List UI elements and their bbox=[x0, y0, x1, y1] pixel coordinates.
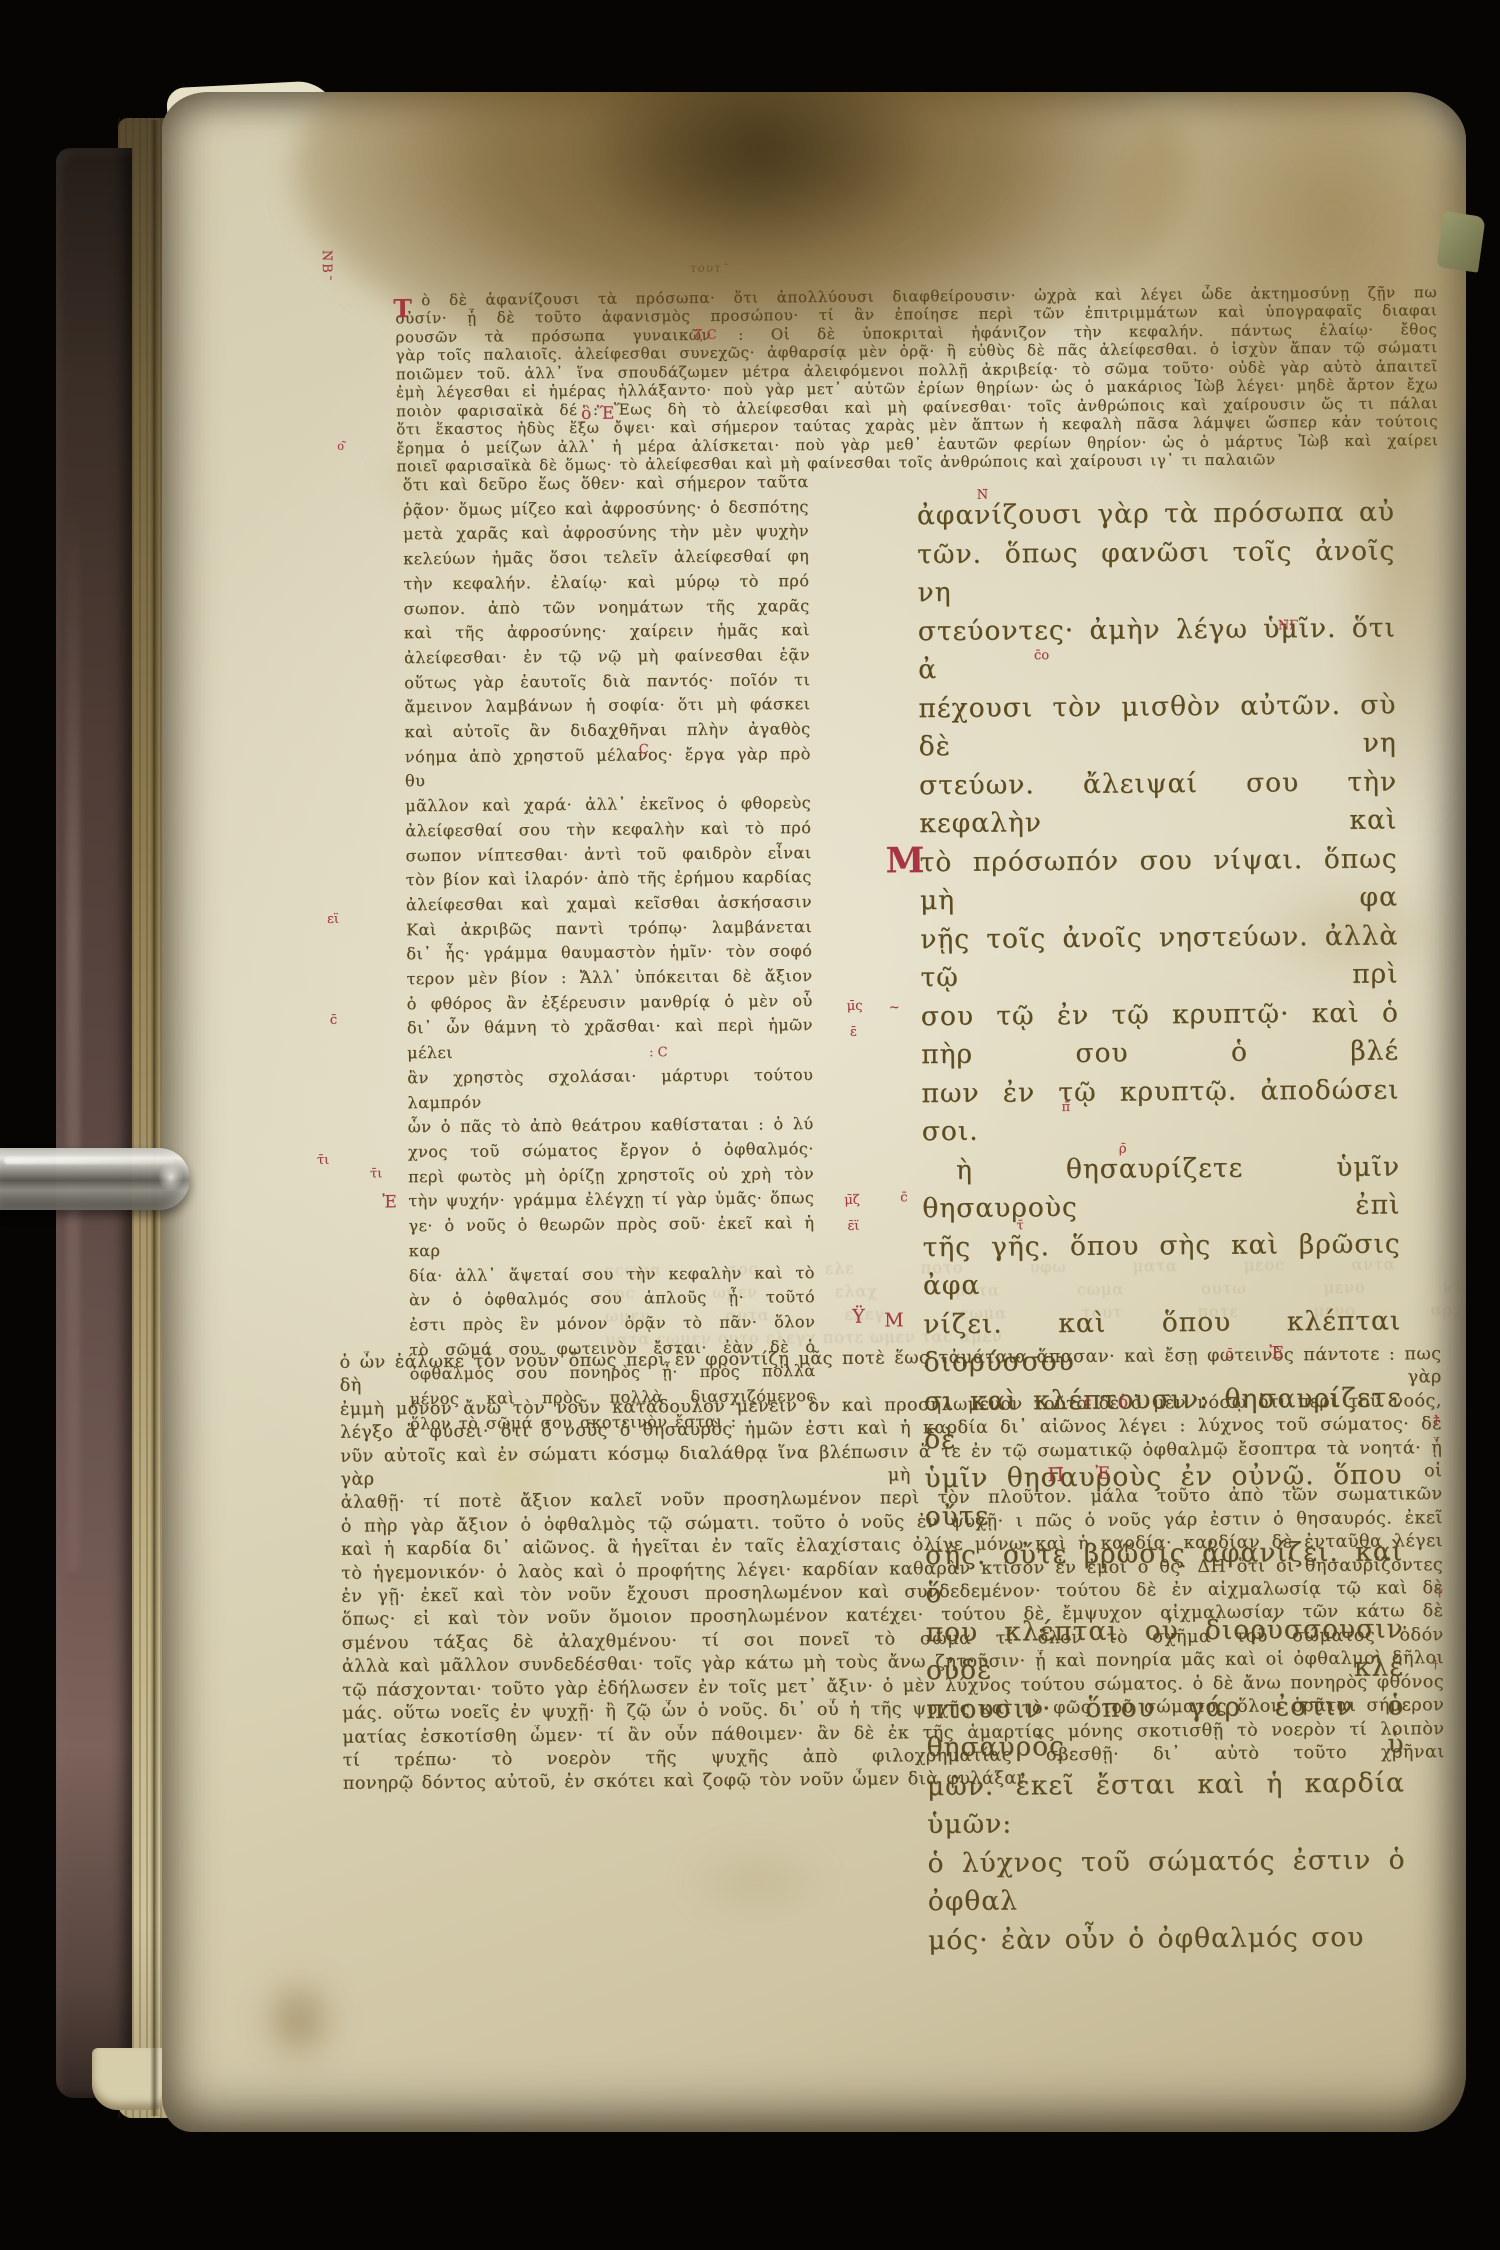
rubric-mark: c̄ bbox=[330, 1013, 337, 1028]
text-line: ὧν ὁ πᾶς τὸ ἀπὸ θεάτρου καθίσταται : ὁ λ… bbox=[408, 1112, 814, 1140]
text-line: ἀλείφεσθαί σου τὴν κεφαλὴν καὶ τὸ πρό bbox=[405, 816, 811, 844]
text-line: τὴν ψυχήν· γράμμα ἐλέγχῃ τί γὰρ ὑμᾶς· ὅπ… bbox=[408, 1186, 814, 1214]
text-line: τὴν κεφαλήν. ἐλαίῳ· καὶ μύρῳ τὸ πρό bbox=[403, 569, 809, 597]
rod-tip-glint bbox=[158, 1162, 184, 1192]
text-line: ὴ θησαυρίζετε ὑμῖν θησαυροὺς ἐπὶ bbox=[922, 1148, 1401, 1229]
text-line: δι᾽ ὧν θάμνη τὸ χρᾶσθαι· καὶ περὶ ἡμῶν μ… bbox=[407, 1013, 813, 1066]
text-line: τῶν. ὅπως φανῶσι τοῖς ἀνοῖς νη bbox=[917, 532, 1396, 613]
text-line: σωπον. ἀπὸ τῶν νοημάτων τῆς χαρᾶς bbox=[404, 594, 810, 622]
text-line: τὸ πρόσωπόν σου νίψαι. ὅπως μὴ φα bbox=[919, 840, 1398, 921]
text-line: ὁ λύχνος τοῦ σώματός ἐστιν ὁ ὀφθαλ bbox=[927, 1841, 1406, 1922]
rubric-mark: Ἐ bbox=[382, 1192, 397, 1212]
text-line: ἀλείφεσθαι καὶ χαμαὶ κεῖσθαι ἀσκήσασιν bbox=[406, 890, 812, 918]
rubric-mark: c̄ bbox=[1084, 1395, 1091, 1410]
rubric-mark: : Ϲ bbox=[649, 1045, 668, 1060]
text-line: τὸν βίον καὶ ἱλαρόν· ἀπὸ τῆς ἐρήμου καρδ… bbox=[406, 865, 812, 893]
text-line: στεύων. ἄλειψαί σου τὴν κεφαλὴν καὶ bbox=[919, 763, 1398, 844]
rubric-mark: π̄ bbox=[1062, 1100, 1071, 1115]
text-line: καὶ αὐτοῖς ἂν διδαχθῆναι πλὴν ἀγαθὸς bbox=[405, 717, 811, 745]
manuscript-photo: ϲϲωμα τοϲ ελε ποτο υφω ματα μεοϲ αντα ωμ… bbox=[0, 0, 1500, 2250]
parchment-page: ϲϲωμα τοϲ ελε ποτο υφω ματα μεοϲ αντα ωμ… bbox=[162, 92, 1466, 2132]
rubric-mark: μ̄ζ bbox=[844, 1193, 860, 1208]
text-line: νῇς τοῖς ἀνοῖς νηστεύων. ἀλλὰ τῷ πρὶ bbox=[920, 917, 1399, 998]
leather-binding bbox=[56, 148, 132, 2098]
text-line: ἄμεινον λαμβάνων ἡ σοφία· ὅτι μὴ φάσκει bbox=[404, 692, 810, 720]
rubric-mark: τ̄ι bbox=[317, 1153, 329, 1168]
text-line: ὅτι καὶ δεῦρο ἕως ὅθεν· καὶ σήμερον ταῦτ… bbox=[403, 470, 809, 498]
text-line: χνος τοῦ σώματος ἔργον ὁ ὀφθαλμός· bbox=[408, 1137, 814, 1165]
commentary-left-column: ὅτι καὶ δεῦρο ἕως ὅθεν· καὶ σήμερον ταῦτ… bbox=[403, 470, 817, 1437]
rubric-mark: Ν̄Β ͂ bbox=[319, 250, 335, 280]
text-line: μός· ἐὰν οὖν ὁ ὀφθαλμός σου bbox=[928, 1918, 1406, 1960]
text-line: ῥᾷον· ὅμως μίζεο καὶ ἀφροσύνης· ὁ δεσπότ… bbox=[403, 495, 809, 523]
ink-layer: ϲϲωμα τοϲ ελε ποτο υφω ματα μεοϲ αντα ωμ… bbox=[162, 92, 1466, 2132]
rubric-mark: ὁ bbox=[1118, 1393, 1128, 1413]
text-line: σου τῷ ἐν τῷ κρυπτῷ· καὶ ὁ πὴρ σου ὁ βλέ bbox=[921, 994, 1400, 1075]
text-line: τῆς γῆς. ὅπου σὴς καὶ βρῶσις ἀφα bbox=[923, 1225, 1402, 1306]
text-line: πων ἐν τῷ κρυπτῷ. ἀποδώσει σοι. bbox=[921, 1071, 1400, 1152]
text-line: στεύοντες· ἀμὴν λέγω ὑμῖν. ὅτι ἀ bbox=[918, 609, 1397, 690]
text-line: ἐστι πρὸς ἓν μόνον ὁρᾷν τὸ πᾶν· ὅλον bbox=[409, 1310, 815, 1338]
text-line: ἀλείφεσθαι· ἐν τῷ νῷ μὴ φαίνεσθαι ἑᾷν bbox=[404, 643, 810, 671]
rubric-mark: Ν̈Γ bbox=[1278, 618, 1299, 633]
text-line: τερον μὲν βίον : Ἄλλ᾽ ὑπόκειται δὲ ἄξιον bbox=[406, 964, 812, 992]
next-page-corner bbox=[1436, 211, 1485, 272]
text-line: δία· ἀλλ᾽ ἅψεταί σου τὴν κεφαλὴν καὶ τὸ bbox=[409, 1261, 815, 1289]
text-line: Καὶ ἀκριβῶς παντὶ τρόπῳ· λαμβάνεται bbox=[406, 915, 812, 943]
rubric-mark: c̄ο bbox=[1034, 648, 1049, 663]
rubric-mark: τ̄ι bbox=[370, 1166, 382, 1181]
text-line: πέχουσι τὸν μισθὸν αὐτῶν. σὺ δὲ νη bbox=[918, 686, 1397, 767]
rubric-mark: Ἐ bbox=[1095, 1464, 1110, 1484]
glass-rod-page-weight bbox=[0, 1148, 190, 1210]
text-line: περὶ φωτὸς μὴ ὁρίζῃ χρηστοῖς οὐ χρὴ τὸν bbox=[408, 1162, 814, 1190]
rubric-mark: c̄ bbox=[900, 1190, 907, 1205]
interlinear-gloss: τουτ ͂ bbox=[690, 261, 726, 276]
rubric-mark: Τ bbox=[393, 294, 412, 323]
rubric-mark: Ἐ bbox=[1269, 1343, 1284, 1363]
text-line: γε· ὁ νοῦς ὁ θεωρῶν πρὸς σοῦ· ἐκεῖ καὶ ἡ… bbox=[408, 1211, 814, 1264]
rubric-mark: Π̄ bbox=[1047, 1464, 1064, 1486]
text-line: καὶ τῆς ἀφροσύνης· χαίρειν ἡμᾶς καὶ bbox=[404, 618, 810, 646]
rubric-mark: † bbox=[1433, 1413, 1440, 1428]
rod-highlight bbox=[4, 1157, 174, 1164]
rubric-mark: Μ bbox=[884, 1309, 904, 1331]
rubric-mark: Ϲ bbox=[639, 742, 649, 757]
rubric-mark: ϯ bbox=[1433, 1657, 1438, 1673]
text-line: ἂν χρηστὸς σχολάσαι· μάρτυρι τούτου λαμπ… bbox=[407, 1063, 813, 1116]
text-line: κελεύων ἡμᾶς ὅσοι τελεῖν ἀλείφεσθαί φη bbox=[403, 544, 809, 572]
rubric-mark: ο͂ bbox=[337, 438, 344, 454]
rubric-mark: ~ bbox=[889, 1000, 900, 1015]
gutter-crease bbox=[150, 120, 159, 2116]
text-line: ὰν ὁ ὀφθαλμός σου ἁπλοῦς ᾖ· τοῦτό bbox=[409, 1285, 815, 1313]
rubric-mark: Μ bbox=[885, 840, 924, 881]
rubric-mark: εϊ bbox=[327, 912, 339, 927]
text-line: σωπον νίπτεσθαι· ἀντὶ τοῦ φαιδρὸν εἶναι bbox=[405, 841, 811, 869]
rubric-mark: ε̄ϊ bbox=[847, 1219, 859, 1234]
rubric-mark: Ν̈ bbox=[977, 488, 988, 503]
rubric-mark: † bbox=[1436, 1585, 1443, 1600]
text-line: μᾶλλον καὶ χαρά· ἀλλ᾽ ἐκεῖνος ὁ φθορεὺς bbox=[405, 791, 811, 819]
text-line: ἀφανίζουσι γὰρ τὰ πρόσωπα αὐ bbox=[917, 493, 1395, 535]
text-line: ὁ φθόρος ἂν ἐξέρευσιν μανθρίᾳ ὁ μὲν οὗ bbox=[407, 989, 813, 1017]
text-line: δι᾽ ἧς· γράμμα θαυμαστὸν ἡμῖν· τὸν σοφό bbox=[406, 939, 812, 967]
rubric-mark: τ̄ bbox=[1016, 1218, 1023, 1233]
rubric-mark: ζ̄ Ϲ bbox=[695, 328, 716, 343]
commentary-top-block: ὸ δὲ ἀφανίζουσι τὰ πρόσωπα· ὅτι ἀπολλύου… bbox=[395, 283, 1438, 476]
rubric-mark: ρ̄ bbox=[1225, 1347, 1233, 1362]
commentary-bottom-block: ὁ ὦν ἑάλωκε τὸν νοῦν ὅπως περὶ ἓν φροντί… bbox=[339, 1343, 1444, 1796]
rubric-mark: μ̄ς bbox=[847, 999, 863, 1014]
text-line: μετὰ χαρᾶς καὶ ἀφροσύνης τὴν μὲν ψυχὴν bbox=[403, 519, 809, 547]
text-line: νόημα ἀπὸ χρηστοῦ μέλανος· ἔργα γὰρ πρὸ … bbox=[405, 742, 811, 795]
rubric-mark: ὃ Ἕ bbox=[581, 404, 614, 424]
rubric-mark: ε̄ bbox=[850, 1025, 857, 1040]
leather-highlight bbox=[66, 499, 80, 1572]
rubric-mark: ρ̄ bbox=[1119, 1142, 1127, 1157]
rubric-mark: Ϋ bbox=[852, 1306, 865, 1328]
text-line: οὕτως γὰρ ἑαυτοῖς διὰ παντός· ποῖόν τι bbox=[404, 668, 810, 696]
